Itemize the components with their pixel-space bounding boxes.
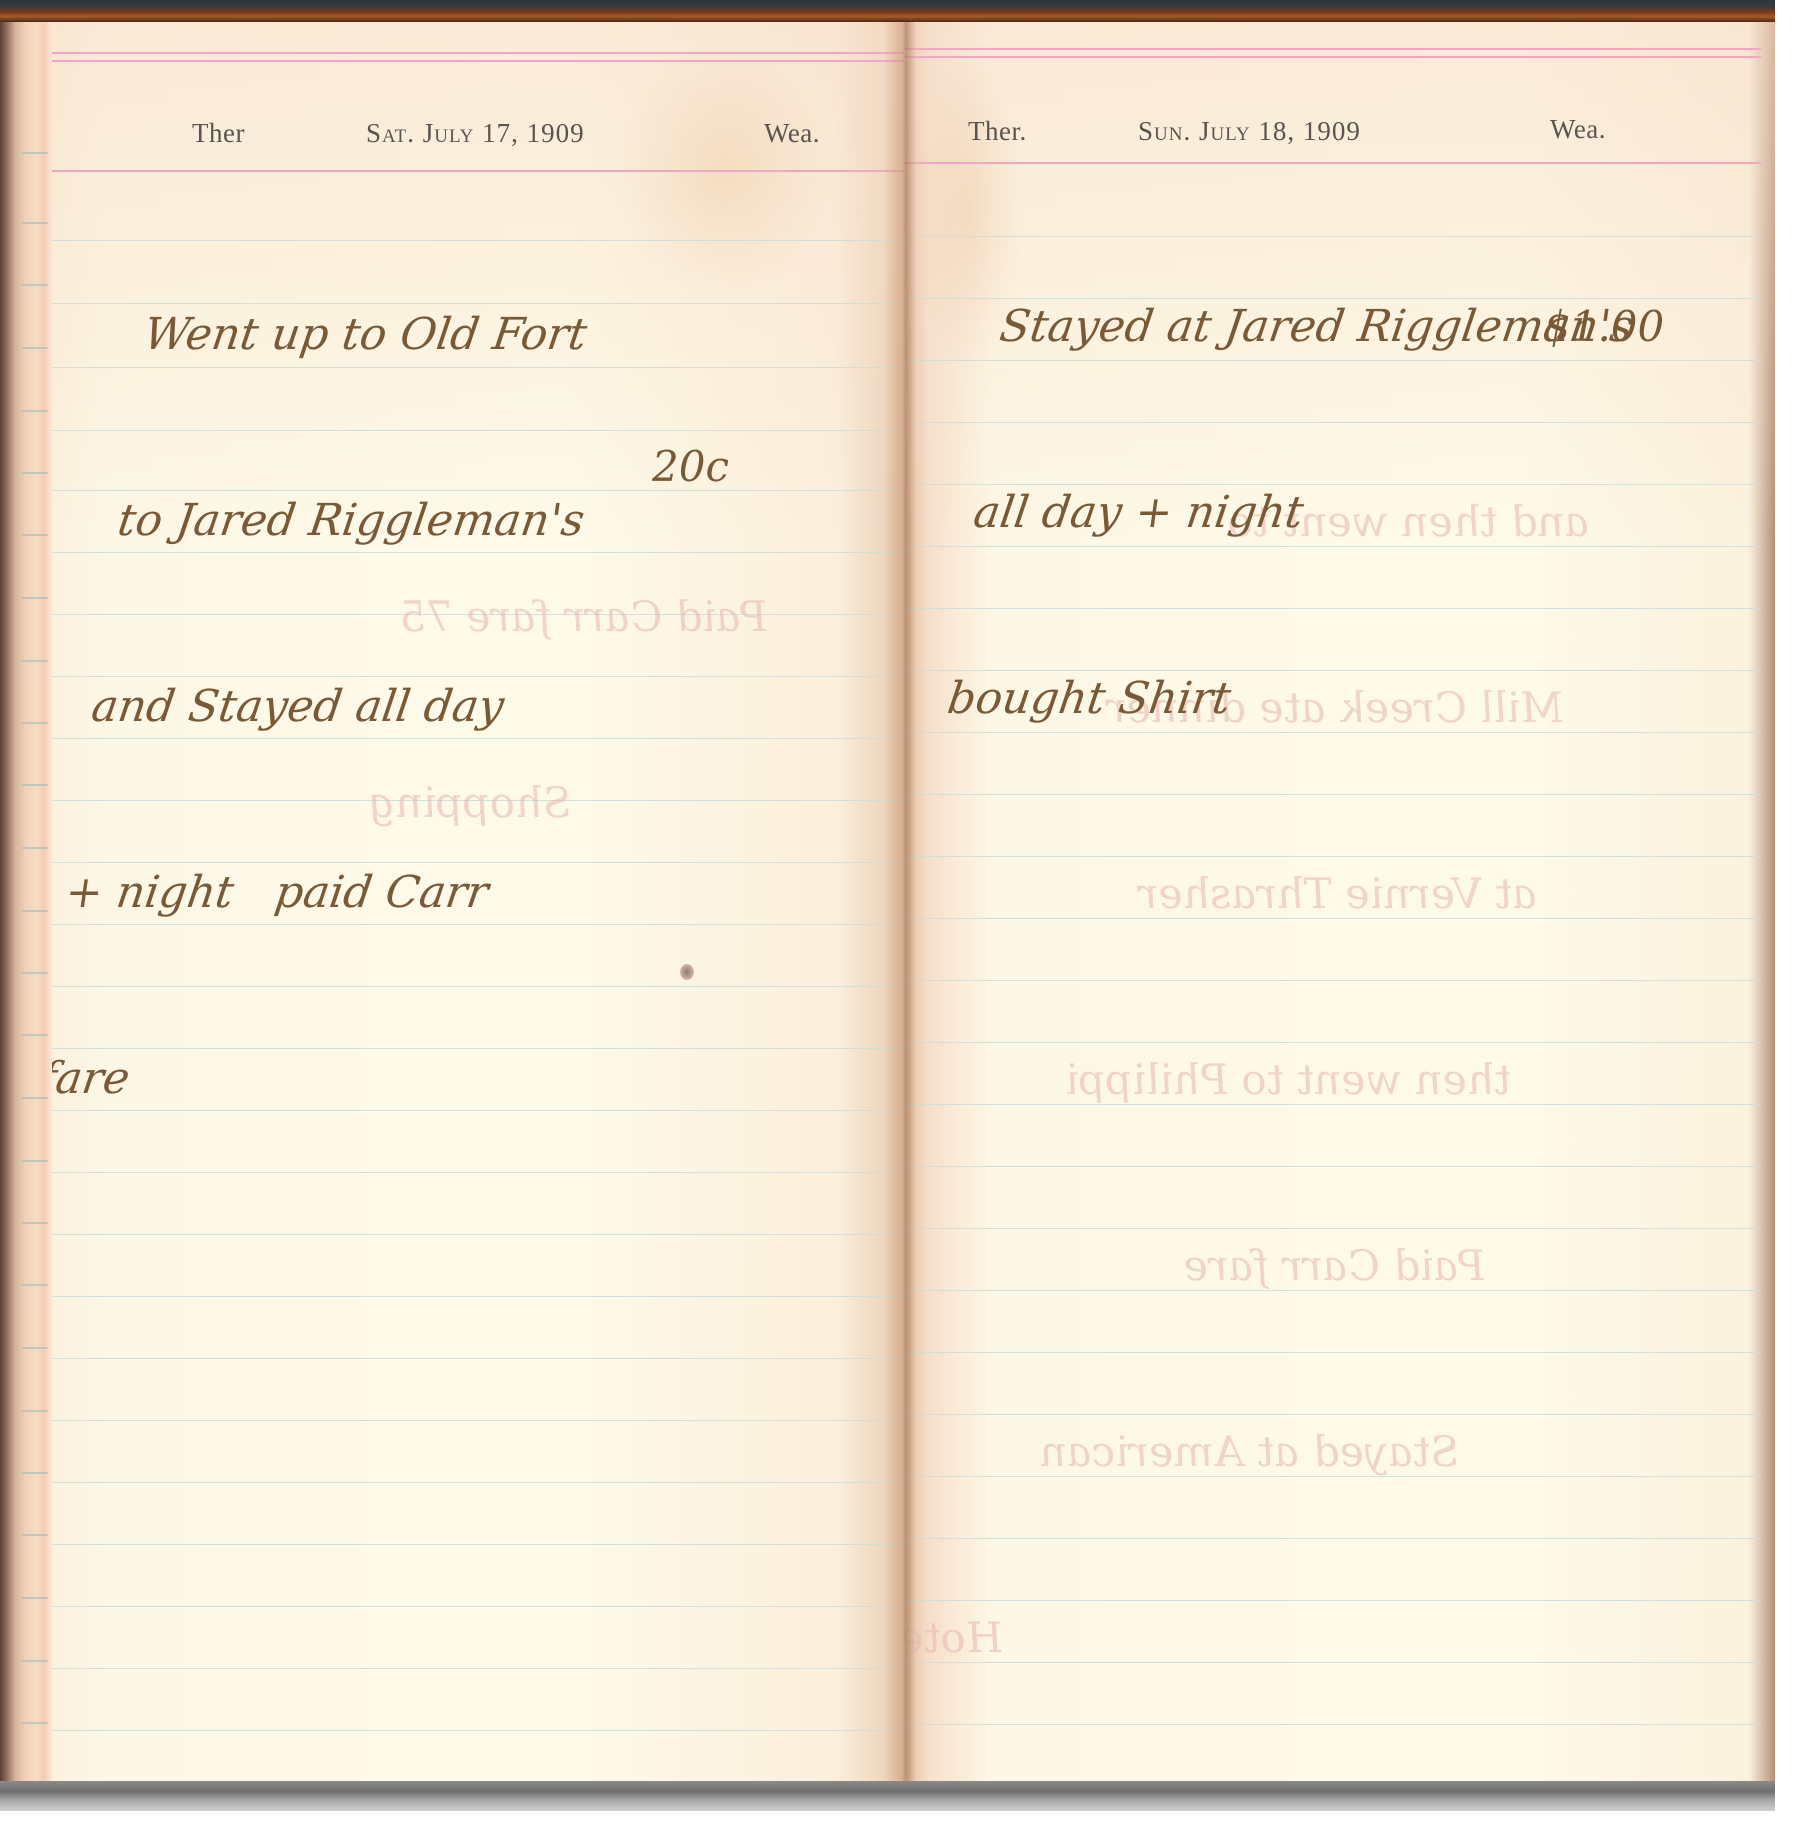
- diary-entry: Stayed at Jared Riggleman's all day + ni…: [926, 172, 1655, 854]
- weather-label: Wea.: [764, 118, 820, 149]
- thermometer-label: Ther.: [968, 116, 1027, 147]
- entry-line: Went up to Old Fort: [140, 304, 615, 366]
- book-gutter: [884, 22, 924, 1782]
- entry-line: Stayed at Jared Riggleman's: [996, 296, 1637, 358]
- entry-line: to Jared Riggleman's: [114, 490, 589, 552]
- entry-line: bought Shirt: [944, 668, 1585, 730]
- expense-amount: $1.00: [1544, 302, 1664, 351]
- entry-line: + night paid Carr: [62, 862, 537, 924]
- page-date: Sat. July 17, 1909: [366, 118, 585, 149]
- entry-line: all day + night: [970, 482, 1611, 544]
- page-date: Sun. July 18, 1909: [1138, 116, 1361, 147]
- page-stack-edge: [0, 22, 52, 1782]
- ink-spot: [680, 964, 694, 980]
- protective-sleeve-edge: [0, 1781, 1775, 1811]
- diary-page-left: Ther Sat. July 17, 1909 Wea. Paid Carr f…: [52, 22, 904, 1782]
- book-cover-edge: [0, 0, 1775, 22]
- entry-line: fare: [52, 1048, 510, 1110]
- diary-page-right: Ther. Sun. July 18, 1909 Wea. and then w…: [904, 22, 1775, 1782]
- weather-label: Wea.: [1550, 114, 1606, 145]
- thermometer-label: Ther: [192, 118, 245, 149]
- entry-line: and Stayed all day: [88, 676, 563, 738]
- expense-amount: 20c: [652, 442, 729, 491]
